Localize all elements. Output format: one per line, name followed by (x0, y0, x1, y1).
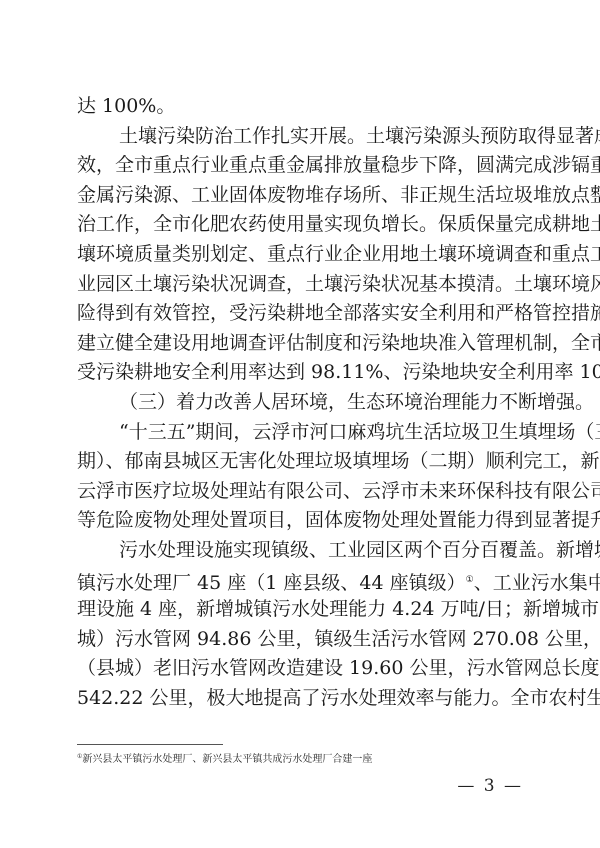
paragraph-line: 云浮市医疗垃圾处理站有限公司、云浮市未来环保科技有限公司 (77, 477, 524, 507)
paragraph-line: 金属污染源、工业固体废物堆存场所、非正规生活垃圾堆放点整 (77, 181, 524, 211)
paragraph-line: 542.22 公里，极大地提高了污水处理效率与能力。全市农村生活 (77, 684, 524, 714)
section-heading: （三）着力改善人居环境，生态环境治理能力不断增强。 (77, 388, 524, 418)
page-number: — 3 — (457, 776, 523, 796)
paragraph-line: 土壤污染防治工作扎实开展。土壤污染源头预防取得显著成 (77, 122, 524, 152)
paragraph-line: 污水处理设施实现镇级、工业园区两个百分百覆盖。新增城 (77, 536, 524, 566)
footnote-separator (77, 744, 223, 745)
paragraph-line: “十三五”期间，云浮市河口麻鸡坑生活垃圾卫生填埋场（三 (77, 418, 524, 448)
paragraph-line: 险得到有效管控，受污染耕地全部落实安全利用和严格管控措施， (77, 299, 524, 329)
document-body: 达 100%。 土壤污染防治工作扎实开展。土壤污染源头预防取得显著成 效，全市重… (77, 92, 524, 713)
paragraph-line: 治工作，全市化肥农药使用量实现负增长。保质保量完成耕地土 (77, 210, 524, 240)
paragraph-line: 城）污水管网 94.86 公里，镇级生活污水管网 270.08 公里，城市 (77, 625, 524, 655)
paragraph-line: 等危险废物处理处置项目，固体废物处理处置能力得到显著提升。 (77, 506, 524, 536)
paragraph-line: 期）、郁南县城区无害化处理垃圾填埋场（二期）顺利完工，新增 (77, 447, 524, 477)
paragraph-line: 达 100%。 (77, 92, 524, 122)
footnote-text: 新兴县太平镇污水处理厂、新兴县太平镇共成污水处理厂合建一座 (82, 754, 372, 765)
paragraph-line-with-footnote: 镇污水处理厂 45 座（1 座县级、44 座镇级）①、工业污水集中处 (77, 566, 524, 596)
paragraph-line: 受污染耕地安全利用率达到 98.11%、污染地块安全利用率 100%。 (77, 358, 524, 388)
paragraph-line: 壤环境质量类别划定、重点行业企业用地土壤环境调查和重点工 (77, 240, 524, 270)
paragraph-line: 效，全市重点行业重点重金属排放量稳步下降，圆满完成涉镉重 (77, 151, 524, 181)
footnote-reference[interactable]: ① (466, 575, 474, 585)
line-part: 、工业污水集中处 (474, 572, 600, 594)
paragraph-line: （县城）老旧污水管网改造建设 19.60 公里，污水管网总长度达到 (77, 654, 524, 684)
footnote: ①新兴县太平镇污水处理厂、新兴县太平镇共成污水处理厂合建一座 (77, 750, 372, 765)
line-part: 镇污水处理厂 45 座（1 座县级、44 座镇级） (77, 572, 466, 594)
paragraph-line: 建立健全建设用地调查评估制度和污染地块准入管理机制，全市 (77, 329, 524, 359)
paragraph-line: 业园区土壤污染状况调查，土壤污染状况基本摸清。土壤环境风 (77, 270, 524, 300)
paragraph-line: 理设施 4 座，新增城镇污水处理能力 4.24 万吨/日；新增城市（县 (77, 595, 524, 625)
